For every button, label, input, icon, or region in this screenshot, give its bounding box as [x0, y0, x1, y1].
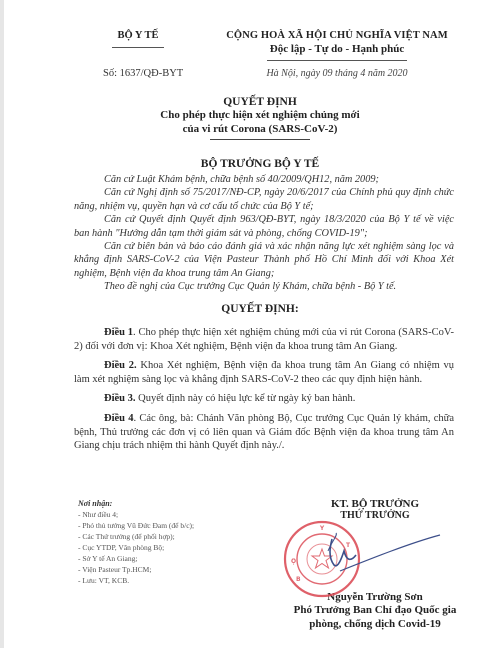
recipient-item: - Sở Y tế An Giang; [78, 553, 268, 564]
legal-basis: Căn cứ biên bản và báo cáo đánh giá và x… [74, 240, 454, 280]
article-2: Điều 2. Khoa Xét nghiệm, Bệnh viện đa kh… [74, 359, 454, 386]
title-underline [210, 139, 310, 140]
issuer-heading: BỘ TRƯỞNG BỘ Y TẾ [60, 158, 460, 170]
decision-document: BỘ Y TẾ Số: 1637/QĐ-BYT CỘNG HOÀ XÃ HỘI … [0, 0, 500, 648]
signature-area: Y Ộ B T [270, 521, 480, 591]
on-behalf-label: KT. BỘ TRƯỞNG [270, 498, 480, 510]
decision-heading: QUYẾT ĐỊNH: [60, 303, 460, 315]
recipient-item: - Các Thứ trưởng (để phối hợp); [78, 531, 268, 542]
agency-name: BỘ Y TẾ [96, 30, 180, 41]
document-number: Số: 1637/QĐ-BYT [103, 68, 183, 79]
national-motto: Độc lập - Tự do - Hạnh phúc [218, 43, 456, 55]
article-label: Điều 1 [104, 327, 133, 338]
legal-bases: Căn cứ Luật Khám bệnh, chữa bệnh số 40/2… [74, 173, 454, 294]
recipient-item: - Như điều 4; [78, 509, 268, 520]
agency-header: BỘ Y TẾ [96, 30, 180, 48]
legal-basis: Căn cứ Luật Khám bệnh, chữa bệnh số 40/2… [74, 173, 454, 186]
articles: Điều 1. Cho phép thực hiện xét nghiệm ch… [74, 326, 454, 459]
signature-block: KT. BỘ TRƯỞNG THỨ TRƯỞNG Y Ộ B T Nguyễn … [270, 498, 480, 631]
article-label: Điều 2. [104, 360, 137, 371]
legal-basis: Căn cứ Nghị định số 75/2017/NĐ-CP, ngày … [74, 186, 454, 213]
document-type: QUYẾT ĐỊNH [60, 96, 460, 108]
document-title: QUYẾT ĐỊNH Cho phép thực hiện xét nghiệm… [60, 96, 460, 140]
agency-underline [112, 47, 164, 48]
article-text: Quyết định này có hiệu lực kể từ ngày ký… [136, 393, 356, 404]
signer-role-line-2: phòng, chống dịch Covid-19 [270, 617, 480, 631]
article-4: Điều 4. Các ông, bà: Chánh Văn phòng Bộ,… [74, 412, 454, 453]
article-3: Điều 3. Quyết định này có hiệu lực kể từ… [74, 392, 454, 406]
place-date: Hà Nội, ngày 09 tháng 4 năm 2020 [218, 68, 456, 79]
article-1: Điều 1. Cho phép thực hiện xét nghiệm ch… [74, 326, 454, 353]
subject-line-1: Cho phép thực hiện xét nghiệm chủng mới [60, 108, 460, 122]
legal-basis: Theo đề nghị của Cục trưởng Cục Quản lý … [74, 280, 454, 293]
handwritten-signature-icon [270, 521, 480, 591]
subject-line-2: của vi rút Corona (SARS-CoV-2) [60, 122, 460, 136]
article-label: Điều 4 [104, 413, 134, 424]
recipient-item: - Cục YTDP, Văn phòng Bộ; [78, 542, 268, 553]
article-label: Điều 3. [104, 393, 136, 404]
nation-name: CỘNG HOÀ XÃ HỘI CHỦ NGHĨA VIỆT NAM [218, 30, 456, 41]
national-header: CỘNG HOÀ XÃ HỘI CHỦ NGHĨA VIỆT NAM Độc l… [218, 30, 456, 61]
recipients-list: Nơi nhận: - Như điều 4; - Phó thủ tướng … [78, 498, 268, 586]
recipient-item: - Lưu: VT, KCB. [78, 575, 268, 586]
signer-role-line-1: Phó Trưởng Ban Chỉ đạo Quốc gia [270, 603, 480, 617]
recipient-item: - Phó thủ tướng Vũ Đức Đam (để b/c); [78, 520, 268, 531]
recipient-item: - Viện Pasteur Tp.HCM; [78, 564, 268, 575]
motto-underline [267, 60, 407, 61]
legal-basis: Căn cứ Quyết định Quyết định 963/QĐ-BYT,… [74, 213, 454, 240]
recipients-label: Nơi nhận: [78, 498, 268, 509]
